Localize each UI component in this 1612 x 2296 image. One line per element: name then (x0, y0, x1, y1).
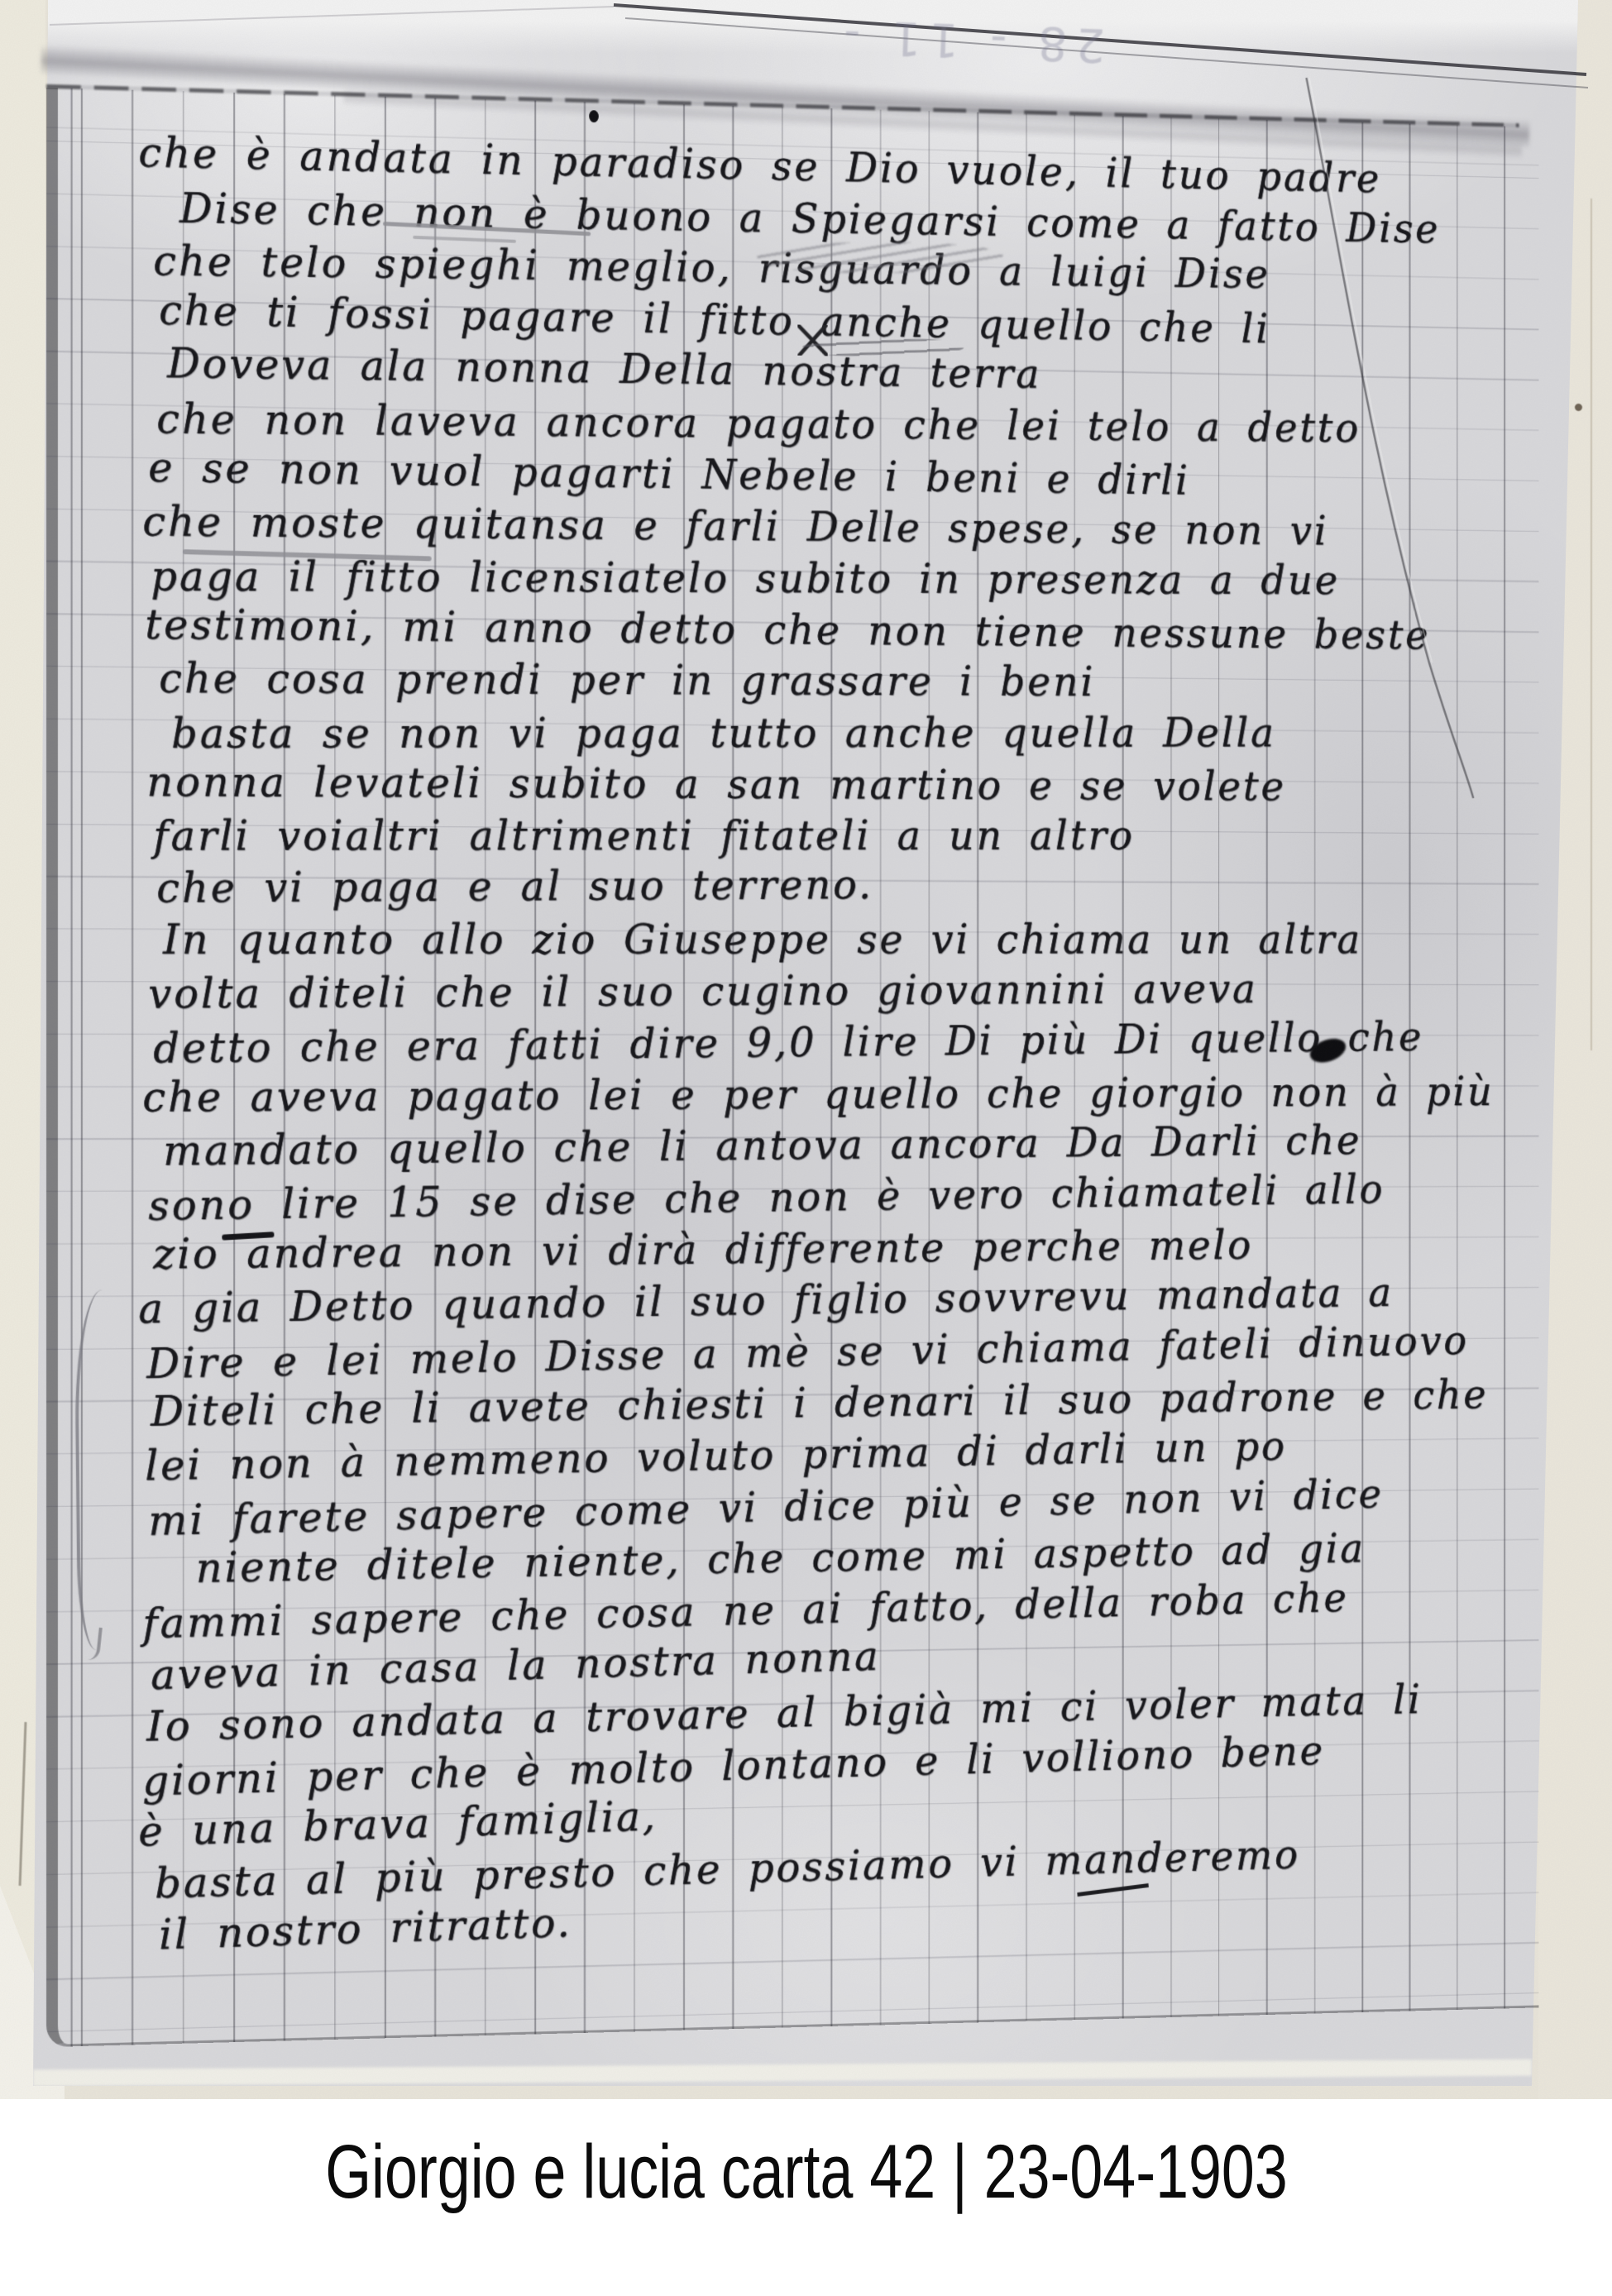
handwritten-line: testimoni, mi anno detto che non tiene n… (145, 601, 1430, 659)
handwritten-line: nonna levateli subito a san martino e se… (146, 758, 1286, 811)
handwritten-line: che moste quitansa e farli Delle spese, … (142, 498, 1328, 555)
handwritten-line: mandato quello che li antova ancora Da D… (163, 1117, 1361, 1175)
handwritten-line: detto che era fatti dire 9,0 lire Di più… (153, 1014, 1423, 1073)
handwritten-text-block: che è andata in paradiso se Dio vuole, i… (0, 0, 1544, 2296)
margin-speck (1575, 404, 1582, 411)
handwritten-line: paga il fitto licensiatelo subito in pre… (151, 552, 1340, 604)
handwritten-line: e se non vuol pagarti Nebele i beni e di… (148, 443, 1190, 504)
handwritten-line: il nostro ritratto. (159, 1899, 572, 1959)
sheet-content: che è andata in paradiso se Dio vuole, i… (0, 0, 1544, 2296)
caption-text: Giorgio e lucia carta 42 | 23-04-1903 (325, 2129, 1288, 2216)
handwritten-line: farli voialtri altrimenti fitateli a un … (153, 812, 1135, 860)
scanned-letter-screenshot: { "caption": { "text": "Giorgio e lucia … (0, 0, 1612, 2296)
handwritten-line: basta se non vi paga tutto anche quella … (171, 710, 1276, 758)
ink-dot (589, 110, 599, 122)
pencil-scribble (757, 242, 1003, 273)
handwritten-line: sono lire 15 se dise che non è vero chia… (148, 1166, 1385, 1230)
handwritten-line: che cosa prendi per in grassare i beni (159, 654, 1095, 705)
handwritten-line: che vi paga e al suo terreno. (156, 862, 873, 913)
handwritten-line: che non laveva ancora pagato che lei tel… (156, 395, 1361, 452)
handwritten-line: In quanto allo zio Giuseppe se vi chiama… (163, 916, 1362, 964)
handwritten-line: volta diteli che il suo cugino giovannin… (148, 965, 1258, 1017)
right-margin-paper-edge (1590, 199, 1592, 1050)
handwritten-line: che aveva pagato lei e per quello che gi… (142, 1069, 1494, 1122)
pencil-date-note: 28 - 11 - (835, 8, 1106, 71)
handwritten-line: zio andrea non vi dirà differente perche… (153, 1222, 1253, 1278)
